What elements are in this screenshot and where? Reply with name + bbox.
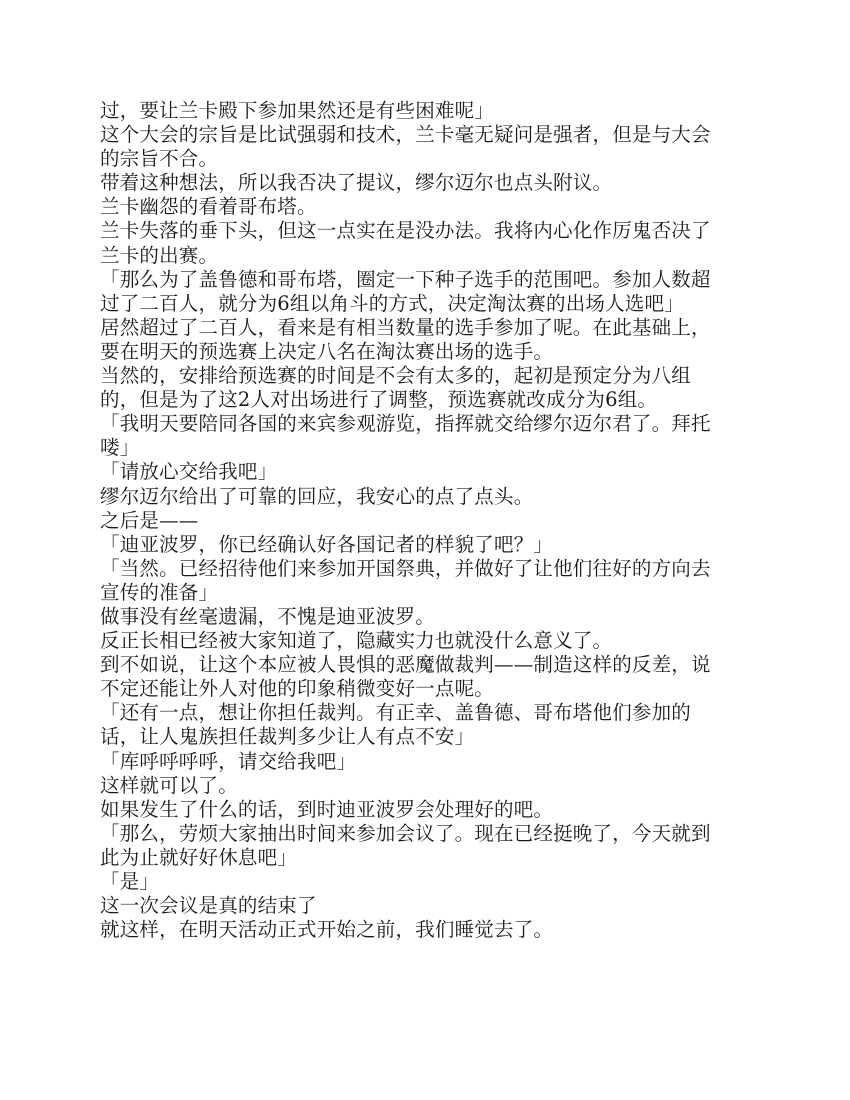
paragraph: 这个大会的宗旨是比试强弱和技术，兰卡毫无疑问是强者，但是与大会的宗旨不合。 <box>100 123 780 171</box>
paragraph: 这样就可以了。 <box>100 774 780 798</box>
text-line: 到不如说，让这个本应被人畏惧的恶魔做裁判——制造这样的反差，说 <box>100 653 780 677</box>
text-line: 这一次会议是真的结束了 <box>100 894 780 918</box>
text-line: 兰卡失落的垂下头，但这一点实在是没办法。我将内心化作厉鬼否决了 <box>100 219 780 243</box>
paragraph: 如果发生了什么的话，到时迪亚波罗会处理好的吧。 <box>100 798 780 822</box>
paragraph: 居然超过了二百人，看来是有相当数量的选手参加了呢。在此基础上，要在明天的预选赛上… <box>100 316 780 364</box>
paragraph: 就这样，在明天活动正式开始之前，我们睡觉去了。 <box>100 918 780 942</box>
text-line: 「我明天要陪同各国的来宾参观游览，指挥就交给缪尔迈尔君了。拜托 <box>100 412 780 436</box>
text-line: 就这样，在明天活动正式开始之前，我们睡觉去了。 <box>100 918 780 942</box>
text-line: 的宗旨不合。 <box>100 147 780 171</box>
paragraph: 「那么，劳烦大家抽出时间来参加会议了。现在已经挺晚了，今天就到此为止就好好休息吧… <box>100 822 780 870</box>
text-line: 「那么为了盖鲁德和哥布塔，圈定一下种子选手的范围吧。参加人数超 <box>100 268 780 292</box>
text-line: 带着这种想法，所以我否决了提议，缪尔迈尔也点头附议。 <box>100 171 780 195</box>
text-line: 这个大会的宗旨是比试强弱和技术，兰卡毫无疑问是强者，但是与大会 <box>100 123 780 147</box>
text-line: 兰卡的出赛。 <box>100 244 780 268</box>
paragraph: 这一次会议是真的结束了 <box>100 894 780 918</box>
text-line: 当然的，安排给预选赛的时间是不会有太多的，起初是预定分为八组 <box>100 364 780 388</box>
text-line: 做事没有丝毫遗漏，不愧是迪亚波罗。 <box>100 605 780 629</box>
text-line: 反正长相已经被大家知道了，隐藏实力也就没什么意义了。 <box>100 629 780 653</box>
paragraph: 「库呼呼呼呼，请交给我吧」 <box>100 750 780 774</box>
text-line: 缪尔迈尔给出了可靠的回应，我安心的点了点头。 <box>100 485 780 509</box>
text-line: 过，要让兰卡殿下参加果然还是有些困难呢」 <box>100 99 780 123</box>
paragraph: 缪尔迈尔给出了可靠的回应，我安心的点了点头。 <box>100 485 780 509</box>
document-page: 过，要让兰卡殿下参加果然还是有些困难呢」 这个大会的宗旨是比试强弱和技术，兰卡毫… <box>100 99 780 942</box>
paragraph: 到不如说，让这个本应被人畏惧的恶魔做裁判——制造这样的反差，说不定还能让外人对他… <box>100 653 780 701</box>
paragraph: 「我明天要陪同各国的来宾参观游览，指挥就交给缪尔迈尔君了。拜托喽」 <box>100 412 780 460</box>
paragraph: 「请放心交给我吧」 <box>100 460 780 484</box>
paragraph: 当然的，安排给预选赛的时间是不会有太多的，起初是预定分为八组的，但是为了这2人对… <box>100 364 780 412</box>
text-line: 宣传的准备」 <box>100 581 780 605</box>
text-line: 「迪亚波罗，你已经确认好各国记者的样貌了吧？」 <box>100 533 780 557</box>
paragraph: 带着这种想法，所以我否决了提议，缪尔迈尔也点头附议。 <box>100 171 780 195</box>
text-line: 如果发生了什么的话，到时迪亚波罗会处理好的吧。 <box>100 798 780 822</box>
text-line: 「是」 <box>100 870 780 894</box>
text-line: 「请放心交给我吧」 <box>100 460 780 484</box>
text-line: 「当然。已经招待他们来参加开国祭典，并做好了让他们往好的方向去 <box>100 557 780 581</box>
text-line: 兰卡幽怨的看着哥布塔。 <box>100 195 780 219</box>
paragraph: 「当然。已经招待他们来参加开国祭典，并做好了让他们往好的方向去宣传的准备」 <box>100 557 780 605</box>
paragraph: 「迪亚波罗，你已经确认好各国记者的样貌了吧？」 <box>100 533 780 557</box>
paragraph: 「还有一点，想让你担任裁判。有正幸、盖鲁德、哥布塔他们参加的话，让人鬼族担任裁判… <box>100 701 780 749</box>
paragraph: 「是」 <box>100 870 780 894</box>
text-line: 话，让人鬼族担任裁判多少让人有点不安」 <box>100 725 780 749</box>
text-line: 「还有一点，想让你担任裁判。有正幸、盖鲁德、哥布塔他们参加的 <box>100 701 780 725</box>
paragraph: 兰卡失落的垂下头，但这一点实在是没办法。我将内心化作厉鬼否决了兰卡的出赛。 <box>100 219 780 267</box>
paragraph: 「那么为了盖鲁德和哥布塔，圈定一下种子选手的范围吧。参加人数超过了二百人，就分为… <box>100 268 780 316</box>
paragraph: 做事没有丝毫遗漏，不愧是迪亚波罗。 <box>100 605 780 629</box>
text-line: 的，但是为了这2人对出场进行了调整，预选赛就改成分为6组。 <box>100 388 780 412</box>
text-line: 「那么，劳烦大家抽出时间来参加会议了。现在已经挺晚了，今天就到 <box>100 822 780 846</box>
text-line: 过了二百人，就分为6组以角斗的方式，决定淘汰赛的出场人选吧」 <box>100 292 780 316</box>
text-line: 要在明天的预选赛上决定八名在淘汰赛出场的选手。 <box>100 340 780 364</box>
paragraph: 反正长相已经被大家知道了，隐藏实力也就没什么意义了。 <box>100 629 780 653</box>
paragraph: 兰卡幽怨的看着哥布塔。 <box>100 195 780 219</box>
paragraph: 过，要让兰卡殿下参加果然还是有些困难呢」 <box>100 99 780 123</box>
text-line: 之后是—— <box>100 509 780 533</box>
text-line: 这样就可以了。 <box>100 774 780 798</box>
text-line: 此为止就好好休息吧」 <box>100 846 780 870</box>
text-line: 喽」 <box>100 436 780 460</box>
text-line: 不定还能让外人对他的印象稍微变好一点呢。 <box>100 677 780 701</box>
text-line: 「库呼呼呼呼，请交给我吧」 <box>100 750 780 774</box>
paragraph: 之后是—— <box>100 509 780 533</box>
text-line: 居然超过了二百人，看来是有相当数量的选手参加了呢。在此基础上， <box>100 316 780 340</box>
